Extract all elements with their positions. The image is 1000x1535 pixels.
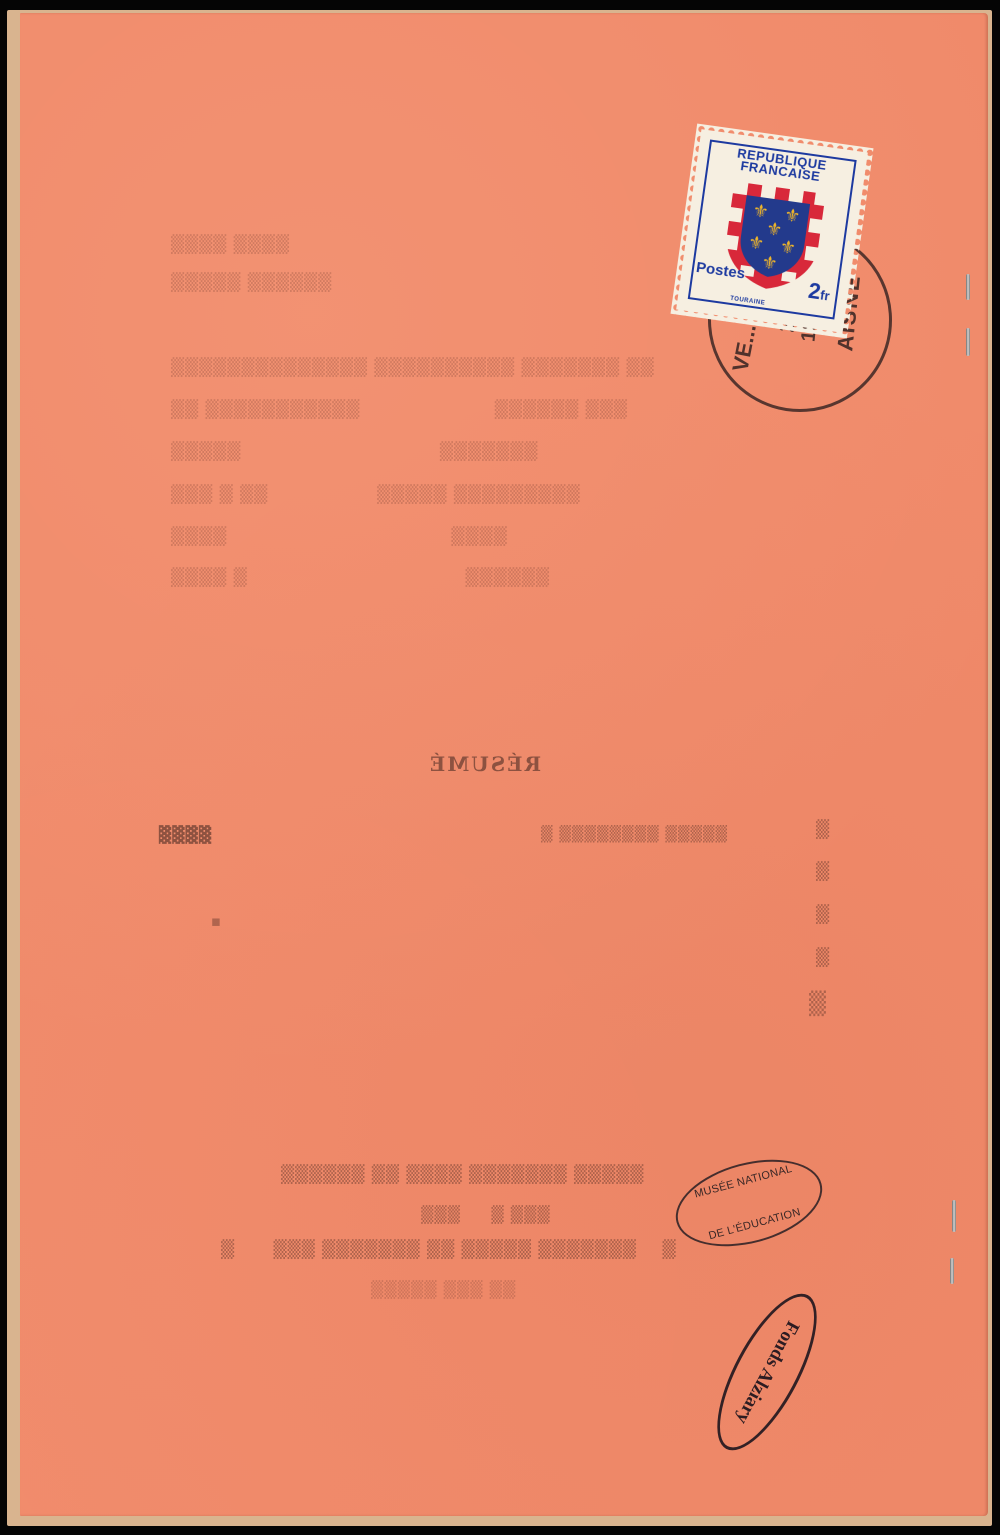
stamp-region-caption: TOURAINE [730, 296, 766, 307]
svg-text:⚜: ⚜ [778, 236, 797, 259]
staple-top-1 [966, 274, 970, 300]
stamp-frame: REPUBLIQUE FRANCAISE ⚜⚜ ⚜ ⚜⚜ ⚜ Postes 2f… [688, 139, 857, 319]
staple-bottom-1 [952, 1200, 956, 1232]
staple-top-2 [966, 328, 970, 356]
bleed-heading: RÉSUMÉ [428, 752, 541, 776]
staple-bottom-2 [950, 1258, 954, 1284]
postmark-town: VE... [727, 322, 762, 374]
stamp-denomination: 2fr [807, 278, 832, 307]
svg-text:⚜: ⚜ [760, 252, 779, 275]
svg-text:⚜: ⚜ [783, 205, 802, 228]
postage-stamp: REPUBLIQUE FRANCAISE ⚜⚜ ⚜ ⚜⚜ ⚜ Postes 2f… [676, 129, 868, 333]
